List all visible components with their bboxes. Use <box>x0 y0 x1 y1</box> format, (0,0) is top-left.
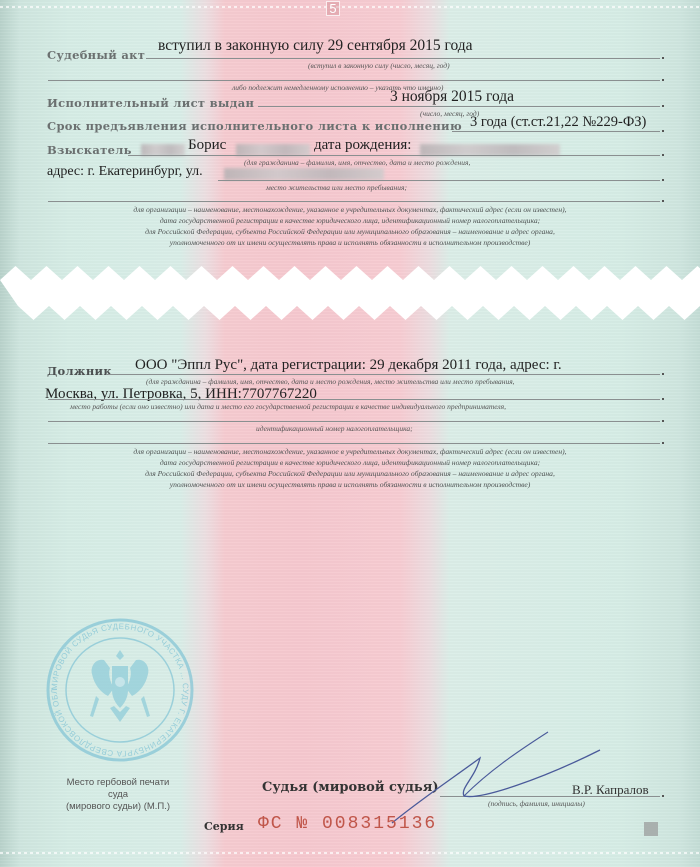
court-act-line-2 <box>48 80 660 81</box>
debtor-hint-3: идентификационный номер налогоплательщик… <box>256 424 413 433</box>
debtor-hint-1: (для гражданина – фамилия, имя, отчество… <box>146 377 515 386</box>
presentation-period-line <box>452 131 660 132</box>
series-number: ФС № 008315136 <box>258 814 437 834</box>
court-act-line <box>146 58 660 59</box>
debtor-org-hint: для организации – наименование, местонах… <box>40 446 660 490</box>
writ-issued-value: 3 ноября 2015 года <box>390 88 514 106</box>
debtor-line-3-rule <box>48 421 660 422</box>
series-label: Серия <box>204 820 244 833</box>
bottom-border <box>0 852 700 854</box>
court-act-hint: (вступил в законную силу (число, месяц, … <box>308 61 450 70</box>
writ-issued-line <box>258 106 660 107</box>
claimant-org-hint: для организации – наименование, местонах… <box>40 204 660 248</box>
claimant-address-line <box>218 180 660 181</box>
debtor-hint-2: место работы (если оно известно) или дат… <box>70 402 506 411</box>
claimant-address: адрес: г. Екатеринбург, ул. <box>47 164 203 180</box>
presentation-period-value: 3 года (ст.ст.21,22 №229-ФЗ) <box>470 114 646 131</box>
court-act-value: вступил в законную силу 29 сентября 2015… <box>158 37 473 55</box>
presentation-period-label: Срок предъявления исполнительного листа … <box>47 119 462 133</box>
cut-edge <box>0 262 700 324</box>
claimant-first-name: Борис <box>188 137 226 154</box>
debtor-org-line <box>48 443 660 444</box>
writ-page: 5 Судебный акт вступил в законную силу 2… <box>0 0 700 867</box>
claimant-org-line <box>48 201 660 202</box>
debtor-line-2-rule <box>48 399 660 400</box>
security-square <box>644 822 658 836</box>
court-act-label: Судебный акт <box>47 48 145 62</box>
court-seal-stamp: МИРОВОЙ СУДЬЯ СУДЕБНОГО УЧАСТКА ... СУДУ… <box>44 616 196 764</box>
debtor-line-1: ООО "Эппл Рус", дата регистрации: 29 дек… <box>135 357 562 374</box>
redacted-address <box>224 168 384 180</box>
debtor-line-1-rule <box>106 374 660 375</box>
writ-issued-label: Исполнительный лист выдан <box>47 96 254 110</box>
claimant-address-hint: место жительства или место пребывания; <box>266 183 407 192</box>
debtor-label: Должник <box>47 364 112 378</box>
coat-of-arms-icon <box>90 650 150 722</box>
claimant-line <box>128 155 660 156</box>
stamp-caption: Место гербовой печати суда (мирового суд… <box>58 777 178 813</box>
claimant-label: Взыскатель <box>47 143 132 157</box>
top-border <box>0 6 700 8</box>
debtor-line-2: Москва, ул. Петровка, 5, ИНН:7707767220 <box>45 386 317 403</box>
claimant-hint: (для гражданина – фамилия, имя, отчество… <box>244 158 470 167</box>
claimant-birth-date-label: дата рождения: <box>314 137 411 154</box>
page-number: 5 <box>326 1 340 16</box>
